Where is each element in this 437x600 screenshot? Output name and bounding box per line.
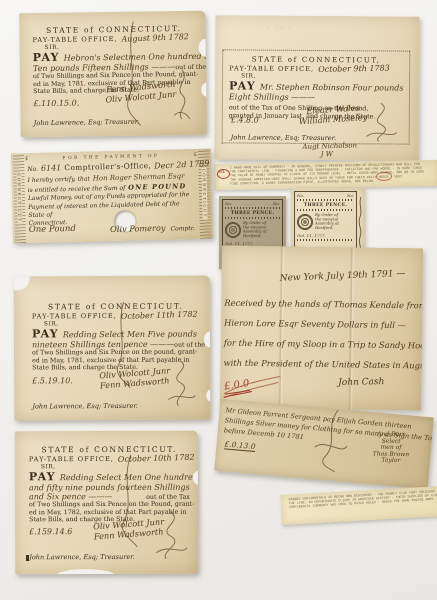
- by-order-line: Hartford,: [243, 234, 267, 238]
- pay-label: PAY: [32, 327, 59, 340]
- torn-edge: [206, 389, 210, 401]
- document-clothing-receipt-strip-1781: Mr Gideon Parrent Sergeant pay Elijah Go…: [214, 399, 433, 489]
- office-label: Comptroller's-Office,: [64, 162, 151, 173]
- pencil-marks: · ·· ·: [267, 24, 292, 32]
- signature-block: Oliv Pomeroy Comptr.: [110, 215, 195, 236]
- docket-initials: J W: [321, 149, 358, 158]
- border-right-text: CONNECTICUT: [201, 168, 207, 219]
- by-order-text: By Order of the General Assembly at Hart…: [243, 222, 267, 239]
- letter-body: Received by the hands of Thomas Kendale …: [220, 298, 422, 381]
- torn-edge: [199, 39, 207, 57]
- signature-flourish: [154, 511, 188, 561]
- signature-title: Comptr.: [170, 225, 194, 233]
- document-paytable-robinson-1783: · ·· · STATE of CONNECTICUT, PAY-TABLE O…: [214, 15, 419, 160]
- amount-figures: £.110.15.0.: [33, 98, 79, 108]
- red-flourish: [222, 374, 282, 401]
- by-order-line: Hartford,: [315, 226, 339, 230]
- vertical-signature-squiggle: [357, 196, 364, 254]
- pay-label: PAY: [33, 51, 60, 64]
- signature: Oliv Pomeroy: [110, 223, 166, 234]
- number-label: No.: [27, 166, 38, 175]
- certify-text: I hereby certify, that: [28, 176, 90, 186]
- document-paytable-hebron-1782: STATE of CONNECTICUT. PAY-TABLE OFFICE, …: [19, 11, 207, 138]
- number-label: No.: [225, 201, 232, 206]
- pen-stroke: [113, 453, 141, 549]
- typed-catalog-strip: RAGGED CONTINENTALS IS BEING NOW DISCUSS…: [280, 485, 437, 525]
- treasurer-line: John Lawrence, Esq; Treasurer.: [29, 553, 135, 561]
- letter-line: with the President of the United States …: [223, 358, 421, 371]
- handwritten-amount-words: and fifty nine pounds fourteen Shillings: [29, 483, 190, 493]
- note-date: Oct. 11, 1777.: [297, 233, 354, 238]
- signature-block: Eleazr Wales William Moseley: [298, 104, 367, 124]
- ornament-row: [225, 217, 280, 219]
- handwritten-date: October 9th 1783: [318, 64, 390, 74]
- document-paytable-redding-oct11-1782: STATE of CONNECTICUT. PAY-TABLE OFFICE, …: [14, 275, 211, 420]
- number-label: No.: [297, 193, 304, 198]
- border-left-ornament: CONNECTICUT: [13, 153, 26, 243]
- document-paytable-redding-oct10-1782: STATE of CONNECTICUT. PAY-TABLE OFFICE, …: [15, 431, 198, 575]
- denomination: THREE PENCE.: [300, 202, 351, 207]
- pen-stroke: [108, 300, 134, 390]
- signature-flourish: [365, 102, 399, 142]
- edge-mark: [26, 555, 29, 561]
- amount-figures: £.5.19.10.: [32, 376, 73, 385]
- office-label: PAY-TABLE OFFICE,: [32, 35, 117, 44]
- typed-catalog-strip: 61 1 HAND-MADE BILL OF CURRENCY - IN GEN…: [214, 160, 437, 190]
- amount-figures: £.0.13.0: [224, 439, 256, 452]
- seal-icon: [297, 214, 313, 230]
- docket-note: Augt Nicholson J W: [302, 141, 357, 159]
- pen-stroke: [115, 20, 147, 130]
- ornament-row: [297, 209, 354, 211]
- handwritten-number: 6141: [41, 164, 62, 173]
- lot-number: 61: [219, 169, 225, 175]
- ornament-row: [297, 239, 354, 241]
- handwritten-dateline: New York July 19th 1791 —: [280, 269, 406, 284]
- sum-in-caps: ONE POUND: [128, 182, 186, 192]
- letter-line: Received by the hands of Thomas Kendale …: [224, 298, 422, 311]
- office-label: PAY-TABLE OFFICE,: [32, 312, 117, 320]
- torn-edge: [204, 331, 210, 347]
- receipt-right-line: Taylor: [372, 458, 408, 465]
- treasurer-line: John Lawrence, Esq; Treasurer.: [231, 133, 337, 142]
- pay-label: PAY: [229, 79, 256, 92]
- pen-stroke: [307, 407, 352, 474]
- pound-symbol: £: [194, 152, 197, 158]
- handwritten-amount-words: Eight Shillings ———: [229, 92, 403, 102]
- handwritten-amount-words: and Six pence ———: [29, 492, 112, 501]
- ornament-row: [225, 207, 280, 209]
- signature: John Cash: [338, 377, 384, 388]
- number-label: No.: [347, 193, 354, 198]
- seal-icon: [225, 222, 241, 238]
- border-motto: FOR THE PAYMENT OF: [63, 154, 160, 161]
- pound-symbol: £: [25, 156, 28, 162]
- torn-edge: [201, 83, 207, 97]
- tax-line: of Two Shillings and Six Pence on the Po…: [29, 501, 190, 509]
- pay-label: PAY: [29, 470, 56, 483]
- number-label: No.: [273, 201, 280, 206]
- letter-line: Hieron Lore Esqr Seventy Dollars in full…: [224, 318, 422, 331]
- by-order-text: By Order of the General Assembly at Hart…: [315, 214, 339, 231]
- torn-edge: [193, 471, 198, 485]
- amount-figures: £.159.14.6: [29, 527, 72, 536]
- typed-text: RAGGED CONTINENTALS IS BEING NOW DISCUSS…: [288, 488, 437, 509]
- photo-of-documents: STATE of CONNECTICUT. PAY-TABLE OFFICE, …: [0, 0, 437, 600]
- treasurer-line: John Lawrence, Esq; Treasurer.: [34, 118, 140, 127]
- signature-flourish: [166, 360, 196, 408]
- amount-figures: £.4.8.0: [231, 115, 259, 124]
- office-label: PAY-TABLE OFFICE,: [229, 64, 314, 73]
- office-label: PAY-TABLE OFFICE,: [29, 455, 114, 463]
- border-left-text: CONNECTICUT: [16, 173, 22, 224]
- ornament-row: [297, 199, 354, 201]
- letter-line: for the Hire of my Sloop in a Trip to Sa…: [224, 338, 422, 351]
- document-receipt-sloop-hire-1791: New York July 19th 1791 — Received by th…: [220, 246, 423, 411]
- signature-flourish: [170, 69, 193, 121]
- treasurer-line: John Lawrence, Esq; Treasurer.: [32, 402, 138, 411]
- typed-text: 1 HAND-MADE BILL OF CURRENCY - IN GENERA…: [230, 162, 437, 186]
- handwritten-payee: Mr. Stephen Robinson Four pounds: [260, 83, 404, 93]
- selectmen-signature-block: And Burr Select men of Thos Brown Taylor: [372, 432, 409, 466]
- denomination: THREE PENCE.: [228, 210, 278, 215]
- document-comptroller-certificate-1789: £ FOR THE PAYMENT OF £ CONNECTICUT CONNE…: [11, 149, 213, 244]
- denomination: One Pound: [29, 224, 76, 235]
- torn-edge: [55, 569, 115, 574]
